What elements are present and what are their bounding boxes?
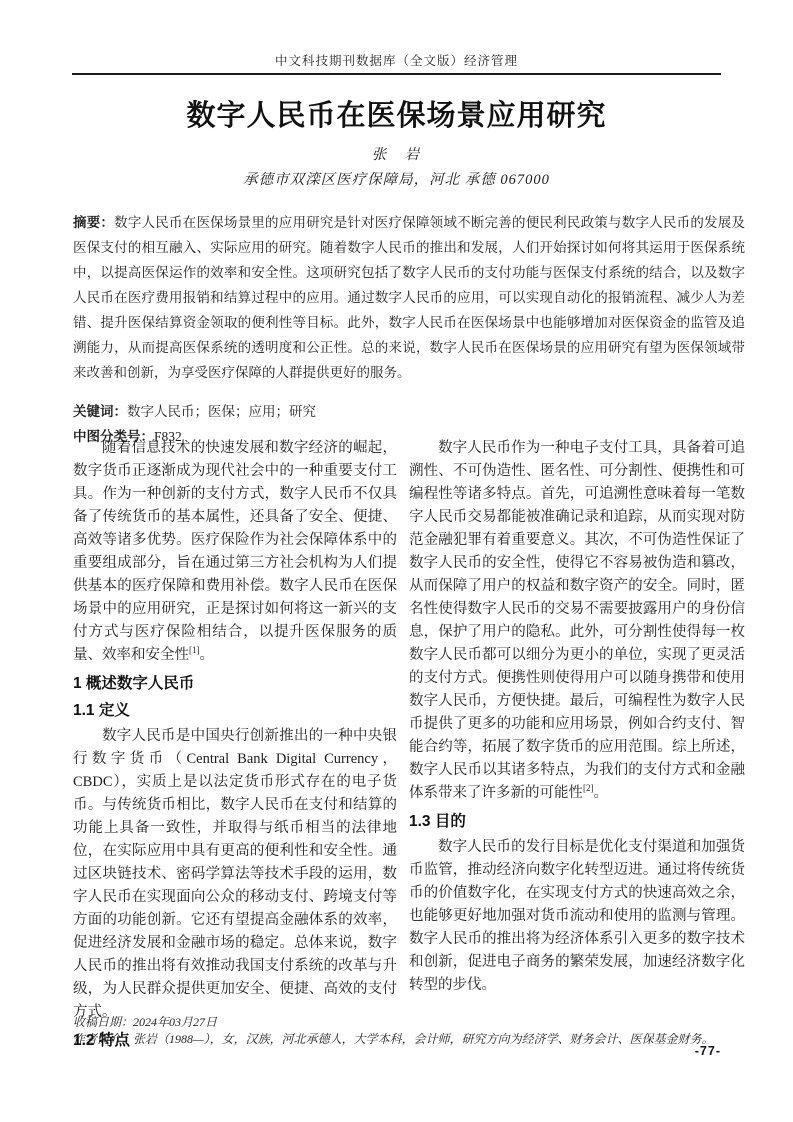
author-affiliation: 承德市双滦区医疗保障局，河北 承德 067000 — [0, 168, 793, 189]
features-tail: 。 — [594, 785, 609, 801]
author-name: 张 岩 — [0, 143, 793, 164]
footnote-block: 收稿日期：2024年03月27日 作者简介：张岩（1988—），女，汉族，河北承… — [73, 1014, 753, 1048]
intro-paragraph: 随着信息技术的快速发展和数字经济的崛起，数字货币正逐渐成为现代社会中的一种重要支… — [73, 437, 397, 667]
section-heading-1-1: 1.1 定义 — [73, 700, 397, 721]
definition-paragraph: 数字人民币是中国央行创新推出的一种中央银行数字货币（Central Bank D… — [73, 725, 397, 1024]
purpose-paragraph: 数字人民币的发行目标是优化支付渠道和加强货币监管，推动经济向数字化转型迈进。通过… — [409, 836, 745, 997]
paper-title: 数字人民币在医保场景应用研究 — [0, 93, 793, 134]
body-columns: 随着信息技术的快速发展和数字经济的崛起，数字货币正逐渐成为现代社会中的一种重要支… — [73, 437, 745, 1055]
section-heading-1: 1 概述数字人民币 — [73, 673, 397, 694]
abstract-paragraph: 摘要：数字人民币在医保场景里的应用研究是针对医疗保障领域不断完善的便民利民政策与… — [73, 210, 745, 385]
column-right: 数字人民币作为一种电子支付工具，具备着可追溯性、不可伪造性、匿名性、可分割性、便… — [409, 437, 745, 1055]
keywords-row: 关键词：数字人民币；医保；应用；研究 — [73, 399, 745, 424]
intro-text: 随着信息技术的快速发展和数字经济的崛起，数字货币正逐渐成为现代社会中的一种重要支… — [73, 440, 397, 663]
footnote-received-date: 收稿日期：2024年03月27日 — [73, 1014, 753, 1031]
paper-page: 中文科技期刊数据库（全文版）经济管理 数字人民币在医保场景应用研究 张 岩 承德… — [0, 0, 793, 1122]
keywords-label: 关键词： — [73, 404, 127, 419]
journal-header: 中文科技期刊数据库（全文版）经济管理 — [0, 51, 793, 69]
page-number: -77- — [695, 1044, 721, 1058]
footnote-author-bio: 作者简介：张岩（1988—），女，汉族，河北承德人，大学本科，会计师，研究方向为… — [73, 1031, 753, 1048]
features-paragraph: 数字人民币作为一种电子支付工具，具备着可追溯性、不可伪造性、匿名性、可分割性、便… — [409, 437, 745, 805]
intro-tail: 。 — [200, 647, 215, 663]
abstract-section: 摘要：数字人民币在医保场景里的应用研究是针对医疗保障领域不断完善的便民利民政策与… — [73, 210, 745, 449]
header-rule — [72, 73, 721, 75]
abstract-text: 数字人民币在医保场景里的应用研究是针对医疗保障领域不断完善的便民利民政策与数字人… — [73, 215, 745, 380]
features-text: 数字人民币作为一种电子支付工具，具备着可追溯性、不可伪造性、匿名性、可分割性、便… — [409, 440, 745, 801]
section-heading-1-3: 1.3 目的 — [409, 811, 745, 832]
keywords-text: 数字人民币；医保；应用；研究 — [127, 404, 316, 419]
ref-2-superscript: [2] — [583, 783, 594, 793]
abstract-label: 摘要： — [73, 215, 114, 230]
ref-1-superscript: [1] — [189, 645, 200, 655]
column-left: 随着信息技术的快速发展和数字经济的崛起，数字货币正逐渐成为现代社会中的一种重要支… — [73, 437, 397, 1055]
